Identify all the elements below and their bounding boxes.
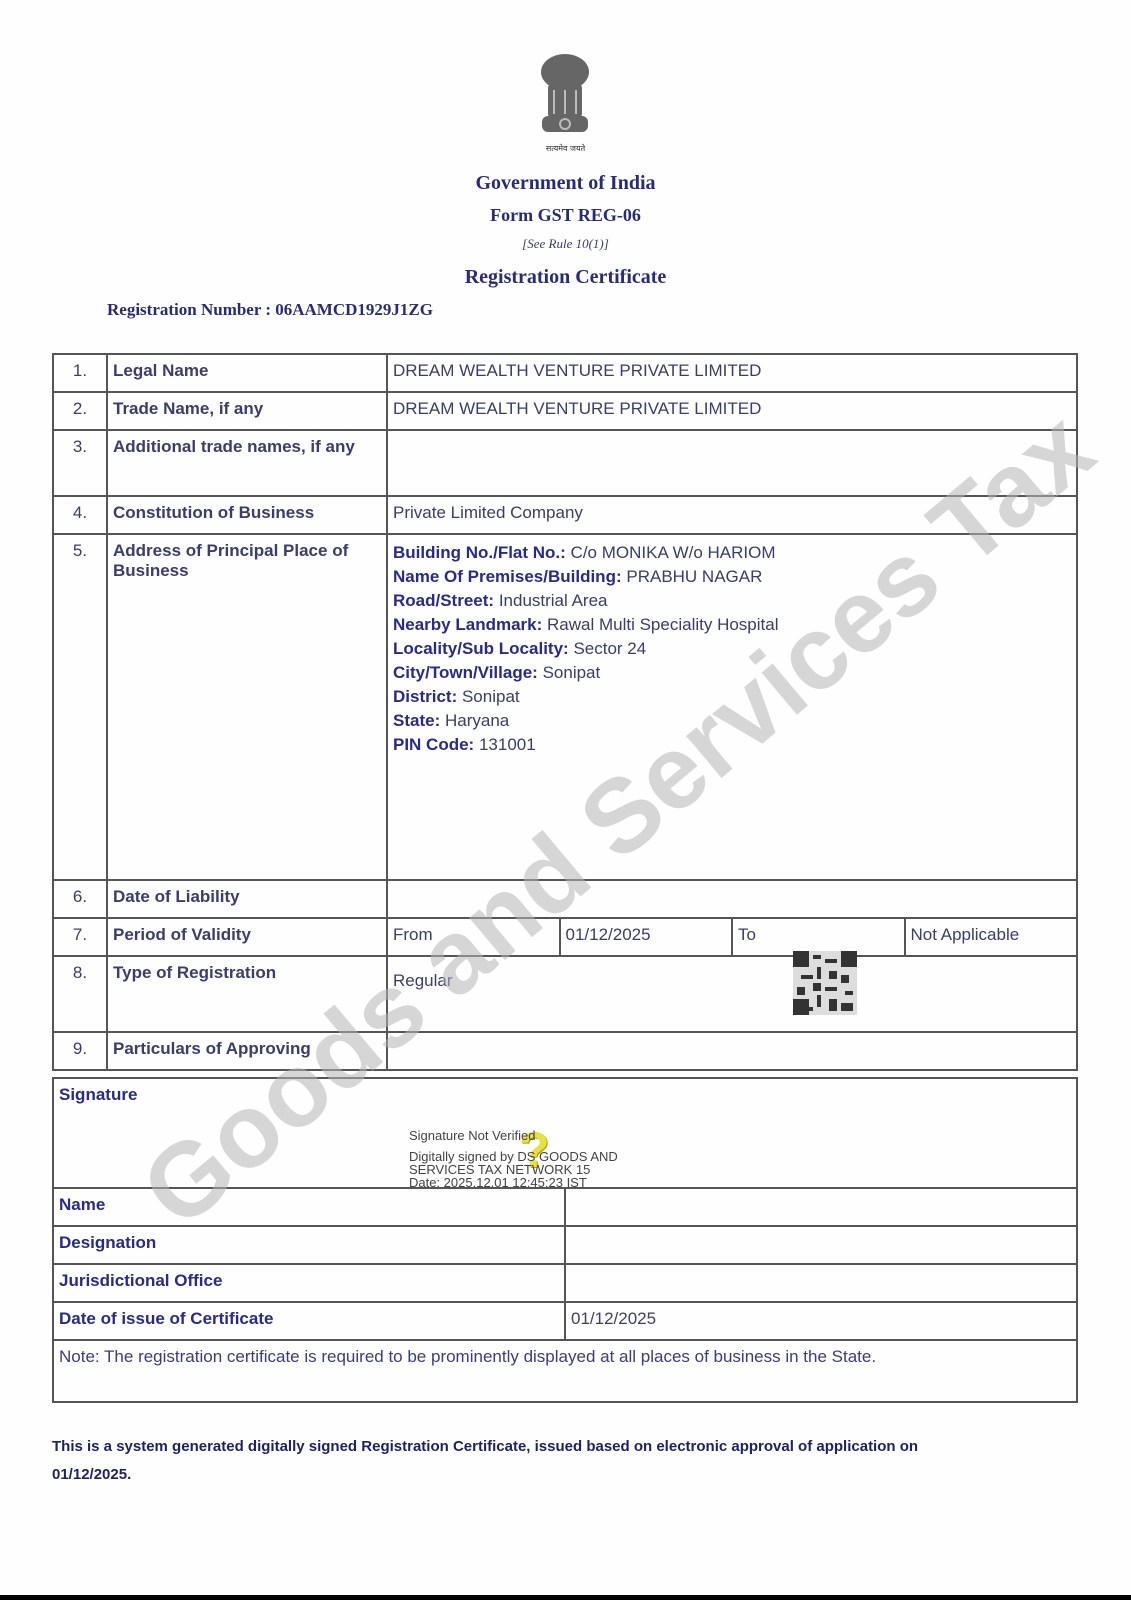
date-of-liability-label: Date of Liability	[107, 880, 387, 918]
address-value: Building No./Flat No.: C/o MONIKA W/o HA…	[387, 534, 1077, 880]
name-value	[565, 1188, 1077, 1226]
additional-trade-names-value	[387, 430, 1077, 496]
address-city: City/Town/Village: Sonipat	[393, 661, 1071, 685]
row-number: 4.	[53, 496, 107, 534]
table-row: 4. Constitution of Business Private Limi…	[53, 496, 1077, 534]
validity-from-label: From	[387, 918, 560, 956]
designation-label: Designation	[53, 1226, 565, 1264]
table-row: 1. Legal Name DREAM WEALTH VENTURE PRIVA…	[53, 354, 1077, 392]
system-generated-footer: This is a system generated digitally sig…	[52, 1433, 1078, 1489]
name-label: Name	[53, 1188, 565, 1226]
bottom-edge-bar	[0, 1595, 1131, 1600]
signature-date: Date: 2025.12.01 12:45:23 IST	[409, 1176, 618, 1189]
legal-name-label: Legal Name	[107, 354, 387, 392]
table-row: Jurisdictional Office	[53, 1264, 1077, 1302]
row-number: 5.	[53, 534, 107, 880]
jurisdictional-office-label: Jurisdictional Office	[53, 1264, 565, 1302]
constitution-label: Constitution of Business	[107, 496, 387, 534]
row-number: 3.	[53, 430, 107, 496]
signature-block: Signature ? Signature Not Verified Digit…	[59, 1079, 1071, 1187]
signature-title: Signature	[59, 1079, 1071, 1105]
table-row: 2. Trade Name, if any DREAM WEALTH VENTU…	[53, 392, 1077, 430]
row-number: 2.	[53, 392, 107, 430]
table-row: 9. Particulars of Approving	[53, 1032, 1077, 1070]
table-row: Designation	[53, 1226, 1077, 1264]
row-number: 6.	[53, 880, 107, 918]
signature-row: Signature ? Signature Not Verified Digit…	[53, 1078, 1077, 1188]
registration-details-table: 1. Legal Name DREAM WEALTH VENTURE PRIVA…	[52, 353, 1078, 1071]
table-row: 3. Additional trade names, if any	[53, 430, 1077, 496]
legal-name-value: DREAM WEALTH VENTURE PRIVATE LIMITED	[387, 354, 1077, 392]
address-building: Building No./Flat No.: C/o MONIKA W/o HA…	[393, 541, 1071, 565]
signature-table: Signature ? Signature Not Verified Digit…	[52, 1077, 1078, 1403]
row-number: 1.	[53, 354, 107, 392]
period-of-validity-label: Period of Validity	[107, 918, 387, 956]
row-number: 8.	[53, 956, 107, 1032]
digital-signature: Signature Not Verified Digitally signed …	[409, 1129, 618, 1189]
address-district: District: Sonipat	[393, 685, 1071, 709]
date-of-issue-label: Date of issue of Certificate	[53, 1302, 565, 1340]
designation-value	[565, 1226, 1077, 1264]
footer-line-2: 01/12/2025.	[52, 1461, 1078, 1489]
table-row: Name	[53, 1188, 1077, 1226]
row-number: 7.	[53, 918, 107, 956]
constitution-value: Private Limited Company	[387, 496, 1077, 534]
date-of-liability-value	[387, 880, 1077, 918]
address-label: Address of Principal Place of Business	[107, 534, 387, 880]
validity-to-value: Not Applicable	[905, 918, 1078, 956]
type-of-registration-label: Type of Registration	[107, 956, 387, 1032]
display-note: Note: The registration certificate is re…	[53, 1340, 1077, 1402]
table-row: Date of issue of Certificate 01/12/2025	[53, 1302, 1077, 1340]
table-row: 7. Period of Validity From 01/12/2025 To…	[53, 918, 1077, 956]
form-heading: Form GST REG-06	[0, 205, 1131, 226]
signature-status: Signature Not Verified	[409, 1129, 618, 1142]
additional-trade-names-label: Additional trade names, if any	[107, 430, 387, 496]
footer-line-1: This is a system generated digitally sig…	[52, 1433, 1078, 1461]
type-of-registration-value: Regular	[393, 971, 453, 991]
qr-code-icon	[793, 951, 857, 1015]
type-of-registration-cell: Regular	[387, 956, 1077, 1032]
government-heading: Government of India	[0, 172, 1131, 195]
table-row: 8. Type of Registration Regular	[53, 956, 1077, 1032]
row-number: 9.	[53, 1032, 107, 1070]
registration-number: Registration Number : 06AAMCD1929J1ZG	[107, 300, 433, 320]
validity-from-value: 01/12/2025	[560, 918, 733, 956]
trade-name-value: DREAM WEALTH VENTURE PRIVATE LIMITED	[387, 392, 1077, 430]
emblem-motto: सत्यमेव जयते	[0, 143, 1131, 154]
date-of-issue-value: 01/12/2025	[565, 1302, 1077, 1340]
note-row: Note: The registration certificate is re…	[53, 1340, 1077, 1402]
table-row: 6. Date of Liability	[53, 880, 1077, 918]
table-row: 5. Address of Principal Place of Busines…	[53, 534, 1077, 880]
rule-reference: [See Rule 10(1)]	[0, 236, 1131, 252]
address-road: Road/Street: Industrial Area	[393, 589, 1071, 613]
address-state: State: Haryana	[393, 709, 1071, 733]
particulars-of-approving-value	[387, 1032, 1077, 1070]
certificate-title: Registration Certificate	[0, 266, 1131, 289]
trade-name-label: Trade Name, if any	[107, 392, 387, 430]
address-pin: PIN Code: 131001	[393, 733, 1071, 757]
particulars-of-approving-label: Particulars of Approving	[107, 1032, 387, 1070]
address-premises: Name Of Premises/Building: PRABHU NAGAR	[393, 565, 1071, 589]
jurisdictional-office-value	[565, 1264, 1077, 1302]
address-locality: Locality/Sub Locality: Sector 24	[393, 637, 1071, 661]
national-emblem-icon	[532, 50, 598, 158]
address-landmark: Nearby Landmark: Rawal Multi Speciality …	[393, 613, 1071, 637]
